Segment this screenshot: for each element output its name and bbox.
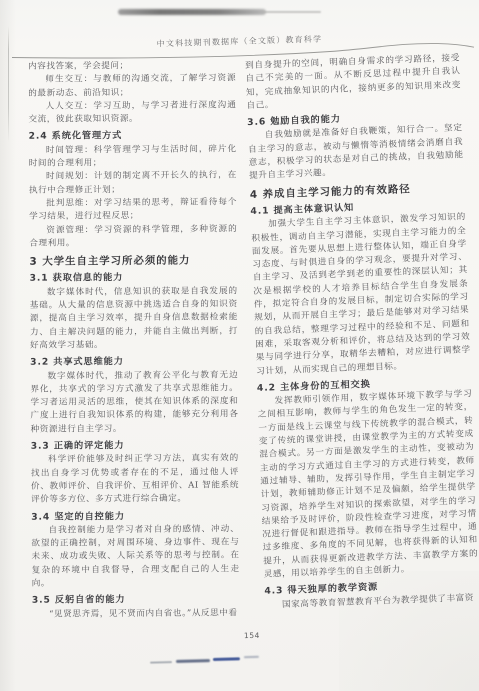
paragraph: 科学评价能够及时纠正学习方法，真实有效的找出自身学习优势或者存在的不足，通过他人… — [31, 453, 239, 508]
section-heading: 3.2 共享式思维能力 — [30, 355, 238, 370]
paragraph: 数字媒体时代，信息知识的获取是自我发展的基础。从大量的信息资源中挑选适合自身的知… — [30, 285, 238, 353]
section-heading: 3.4 坚定的自控能力 — [31, 509, 239, 524]
page-number: 154 — [244, 631, 260, 640]
ink-mark — [176, 659, 210, 663]
section-heading: 3.3 正确的评定能力 — [31, 438, 239, 453]
ink-mark — [244, 656, 259, 659]
section-heading: 2.4 系统化管理方式 — [29, 129, 237, 144]
journal-page: 中文科技期刊数据库（全文版）教育科学 内容找答案，学会提问；师生交互：与教师的沟… — [0, 0, 479, 691]
paragraph: 数字媒体时代，推动了教育公平化与教育无边界化，共享式的学习方式激发了共享式思维能… — [30, 369, 238, 437]
paragraph: 资源管理：学习资源的科学管理，多种资源的合理利用。 — [29, 223, 237, 251]
section-heading: 3 大学生自主学习所必须的能力 — [29, 254, 237, 269]
ink-mark — [213, 657, 240, 661]
paragraph: 师生交互：与教师的沟通交流，了解学习资源的最新动态、前沿知识； — [28, 73, 236, 101]
ink-mark — [150, 661, 172, 664]
section-heading: 3.1 获取信息的能力 — [30, 271, 238, 286]
left-column: 内容找答案，学会提问；师生交互：与教师的沟通交流，了解学习资源的最新动态、前沿知… — [28, 59, 240, 621]
paragraph: 时间规划：计划的制定离不开长久的执行，在执行中合理修正计划； — [29, 170, 237, 198]
paragraph: 时间管理：科学管理学习与生活时间，碎片化时间的合理利用； — [29, 143, 237, 171]
paragraph: “见贤思齐焉，见不贤而内自省也。”从反思中看 — [32, 607, 240, 622]
paragraph: 加强大学生自主学习主体意识，激发学习知识的积极性，调动自主学习潜能，实现自主学习… — [251, 211, 472, 378]
section-heading: 3.5 反躬自省的能力 — [32, 593, 240, 608]
paragraph: 批判思维：对学习结果的思考，辩证看待每个学习结果，进行过程反思； — [29, 196, 237, 224]
paragraph: 自我控制能力是学习者对自身的感情、冲动、欲望的正确控制，对周围环境、身边事件、现… — [31, 523, 239, 591]
right-column: 到自身提升的空间，明确自身需求的学习路径，接受自己不完美的一面。从不断反思过程中… — [245, 52, 479, 612]
ink-smudge-bottom — [148, 654, 278, 667]
paragraph: 发挥教师引领作用，数字媒体环境下教学与学习之间相互影响，教师与学生的角色发生一定… — [257, 388, 479, 582]
paragraph: 人人交互：学习互助，与学习者进行深度沟通交流，彼此获取知识资源。 — [28, 99, 236, 127]
paragraph: 自我勉励就是准备好自我鞭策，知行合一。坚定自主学习的意志，被动与懒惰等消极情绪会… — [247, 123, 464, 184]
paragraph: 到自身提升的空间，明确自身需求的学习路径，接受自己不完美的一面。从不断反思过程中… — [245, 52, 462, 113]
